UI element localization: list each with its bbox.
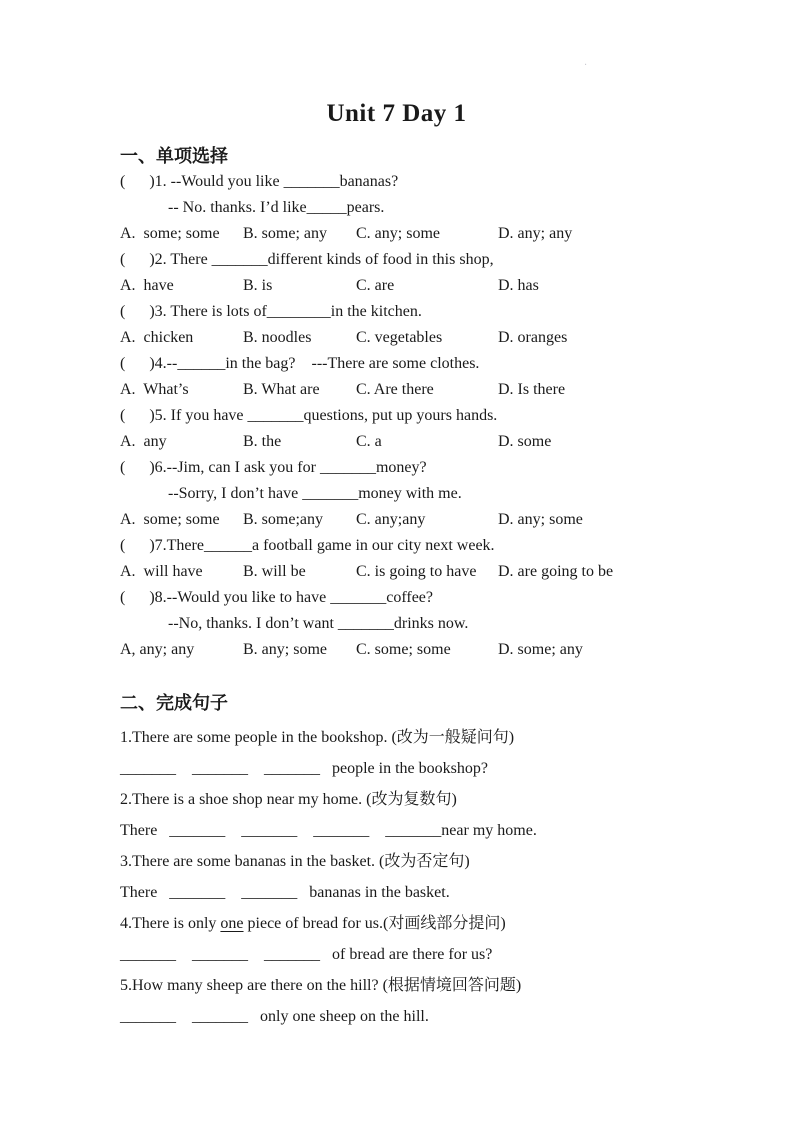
section-complete-sentences: 二、完成句子 1.There are some people in the bo…	[120, 690, 693, 1032]
item-4-prompt-post: piece of bread for us.(对画线部分提问)	[244, 915, 506, 932]
option-c: C. vegetables	[356, 325, 498, 351]
worksheet-page: · Unit 7 Day 1 一、单项选择 ( )1. --Would you …	[0, 0, 793, 1122]
option-c: C. any; some	[356, 221, 498, 247]
item-4-answer-blanks: _______ _______ _______ of bread are the…	[120, 939, 693, 970]
question-3-line-1: ( )3. There is lots of________in the kit…	[120, 299, 693, 325]
question-1-options: A. some; some B. some; any C. any; some …	[120, 221, 693, 247]
option-c: C. Are there	[356, 377, 498, 403]
option-c: C. is going to have	[356, 559, 498, 585]
item-2-prompt: 2.There is a shoe shop near my home. (改为…	[120, 784, 693, 815]
option-b: B. is	[243, 273, 356, 299]
question-7-options: A. will have B. will be C. is going to h…	[120, 559, 693, 585]
option-a: A. will have	[120, 559, 243, 585]
page-title: Unit 7 Day 1	[0, 0, 793, 130]
worksheet-content: 一、单项选择 ( )1. --Would you like _______ban…	[120, 143, 693, 1032]
question-3-options: A. chicken B. noodles C. vegetables D. o…	[120, 325, 693, 351]
item-1-prompt: 1.There are some people in the bookshop.…	[120, 722, 693, 753]
option-a: A. some; some	[120, 507, 243, 533]
option-b: B. some;any	[243, 507, 356, 533]
question-4-line-1: ( )4.--______in the bag? ---There are so…	[120, 351, 693, 377]
option-d: D. Is there	[498, 377, 693, 403]
option-d: D. some; any	[498, 637, 693, 663]
question-6-options: A. some; some B. some;any C. any;any D. …	[120, 507, 693, 533]
item-4-prompt-pre: 4.There is only	[120, 915, 220, 932]
section1-heading: 一、单项选择	[120, 143, 693, 169]
option-c: C. a	[356, 429, 498, 455]
option-a: A, any; any	[120, 637, 243, 663]
item-5-answer-blanks: _______ _______ only one sheep on the hi…	[120, 1001, 693, 1032]
item-1-answer-blanks: _______ _______ _______ people in the bo…	[120, 753, 693, 784]
question-7-line-1: ( )7.There______a football game in our c…	[120, 533, 693, 559]
option-d: D. has	[498, 273, 693, 299]
option-a: A. any	[120, 429, 243, 455]
question-4-options: A. What’s B. What are C. Are there D. Is…	[120, 377, 693, 403]
question-5-line-1: ( )5. If you have _______questions, put …	[120, 403, 693, 429]
section-multiple-choice: 一、单项选择 ( )1. --Would you like _______ban…	[120, 143, 693, 663]
item-2-answer-blanks: There _______ _______ _______ _______nea…	[120, 815, 693, 846]
question-6-line-1: ( )6.--Jim, can I ask you for _______mon…	[120, 455, 693, 481]
option-b: B. the	[243, 429, 356, 455]
question-2-line-1: ( )2. There _______different kinds of fo…	[120, 247, 693, 273]
item-5-prompt: 5.How many sheep are there on the hill? …	[120, 970, 693, 1001]
question-1-line-1: ( )1. --Would you like _______bananas?	[120, 169, 693, 195]
question-8-options: A, any; any B. any; some C. some; some D…	[120, 637, 693, 663]
option-a: A. have	[120, 273, 243, 299]
question-8-line-1: ( )8.--Would you like to have _______cof…	[120, 585, 693, 611]
item-4-underlined-word: one	[220, 915, 243, 932]
question-5-options: A. any B. the C. a D. some	[120, 429, 693, 455]
option-d: D. some	[498, 429, 693, 455]
option-b: B. any; some	[243, 637, 356, 663]
option-d: D. any; any	[498, 221, 693, 247]
option-a: A. chicken	[120, 325, 243, 351]
item-3-answer-blanks: There _______ _______ bananas in the bas…	[120, 877, 693, 908]
section2-heading: 二、完成句子	[120, 690, 693, 716]
option-b: B. What are	[243, 377, 356, 403]
option-b: B. will be	[243, 559, 356, 585]
option-c: C. any;any	[356, 507, 498, 533]
option-c: C. are	[356, 273, 498, 299]
option-d: D. oranges	[498, 325, 693, 351]
question-2-options: A. have B. is C. are D. has	[120, 273, 693, 299]
question-1-line-2: -- No. thanks. I’d like_____pears.	[120, 195, 693, 221]
option-b: B. noodles	[243, 325, 356, 351]
option-a: A. some; some	[120, 221, 243, 247]
option-d: D. are going to be	[498, 559, 693, 585]
option-b: B. some; any	[243, 221, 356, 247]
item-3-prompt: 3.There are some bananas in the basket. …	[120, 846, 693, 877]
option-c: C. some; some	[356, 637, 498, 663]
option-a: A. What’s	[120, 377, 243, 403]
option-d: D. any; some	[498, 507, 693, 533]
question-8-line-2: --No, thanks. I don’t want _______drinks…	[120, 611, 693, 637]
item-4-prompt: 4.There is only one piece of bread for u…	[120, 908, 693, 939]
question-6-line-2: --Sorry, I don’t have _______money with …	[120, 481, 693, 507]
stray-mark: ·	[584, 60, 587, 71]
